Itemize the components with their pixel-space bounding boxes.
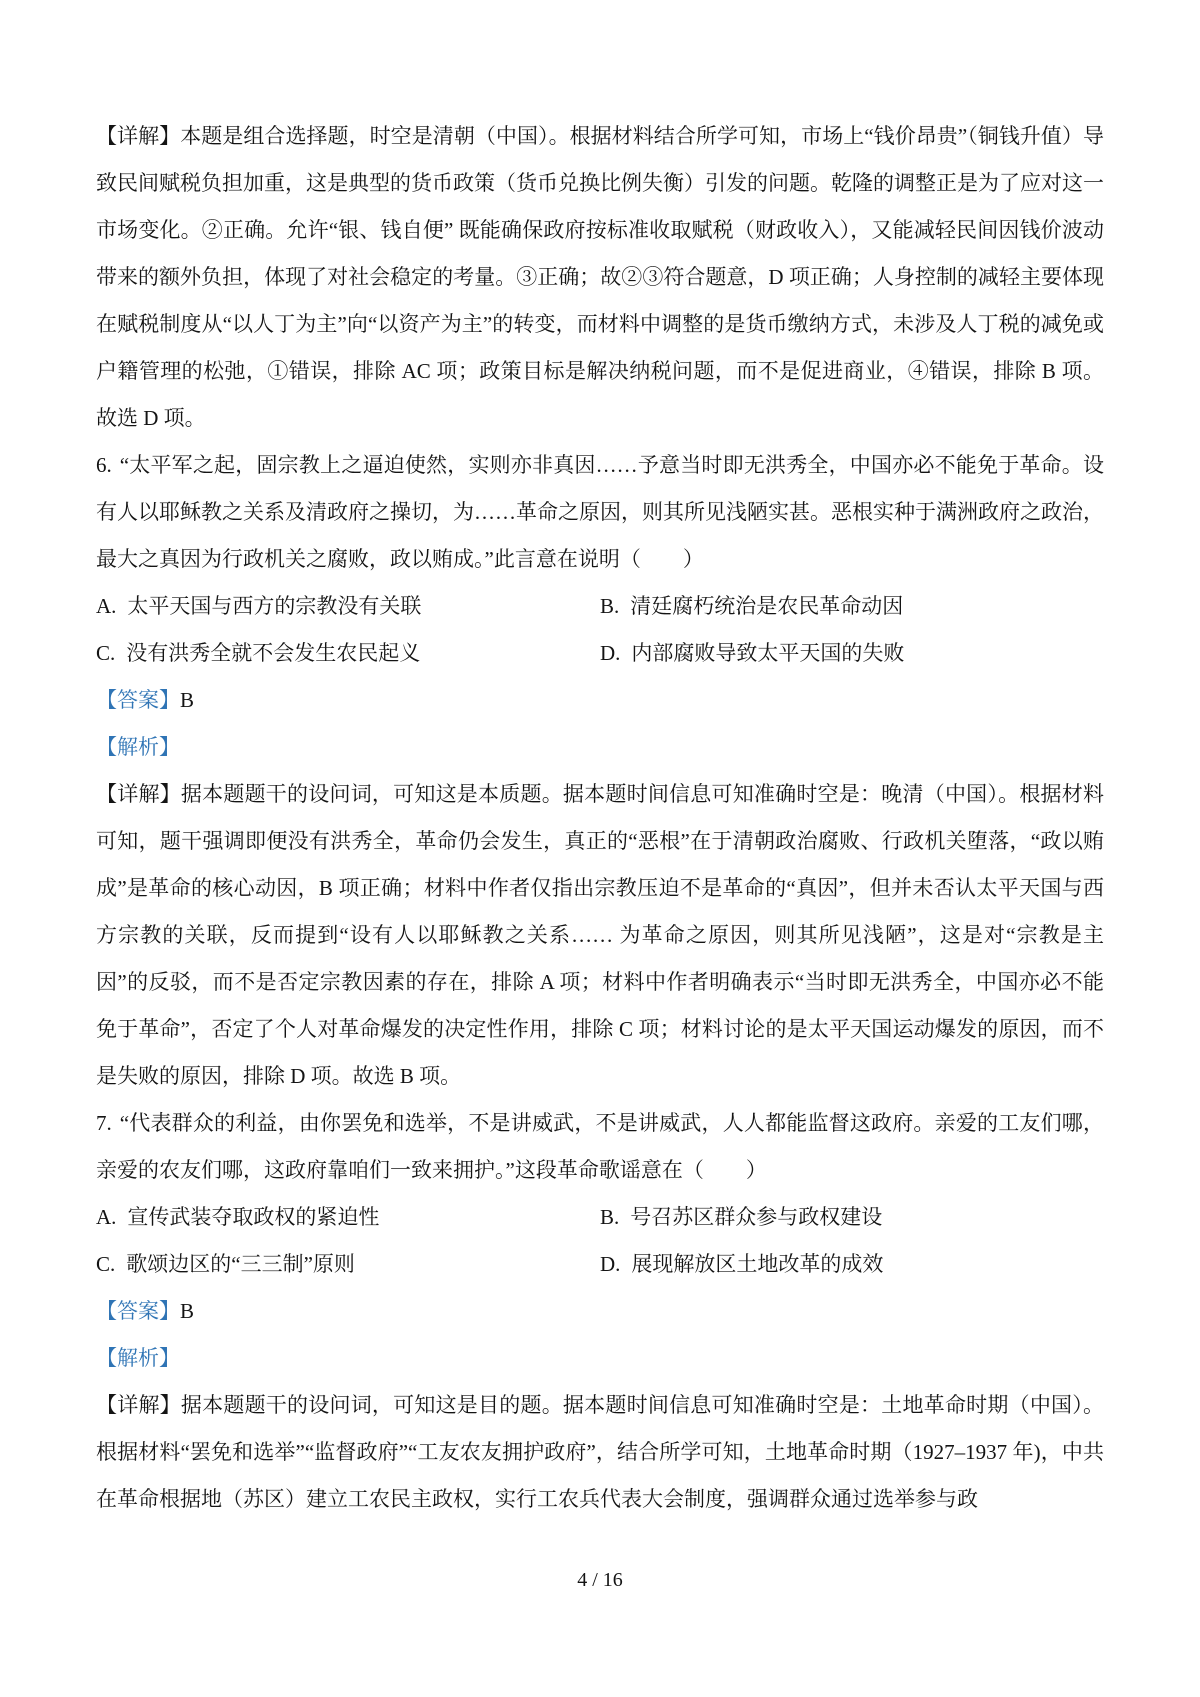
q6-option-c-key: C. [96, 641, 115, 665]
q6-option-c-text: 没有洪秀全就不会发生农民起义 [126, 641, 420, 665]
q7-option-d-key: D. [600, 1252, 620, 1276]
q5-detail-text: 本题是组合选择题，时空是清朝（中国）。根据材料结合所学可知，市场上“钱价昂贵”（… [96, 124, 1104, 430]
q6-answer-value: B [180, 688, 194, 712]
page-content: 【详解】本题是组合选择题，时空是清朝（中国）。根据材料结合所学可知，市场上“钱价… [96, 113, 1104, 1523]
q6-options-row-2: C.没有洪秀全就不会发生农民起义 D.内部腐败导致太平天国的失败 [96, 630, 1104, 677]
q7-option-a-text: 宣传武装夺取政权的紧迫性 [127, 1205, 379, 1229]
q7-option-c-key: C. [96, 1252, 115, 1276]
q6-option-b-key: B. [600, 594, 619, 618]
q5-detail-label: 【详解】 [96, 124, 180, 148]
q6-option-a: A.太平天国与西方的宗教没有关联 [96, 583, 600, 630]
q7-option-a: A.宣传武装夺取政权的紧迫性 [96, 1194, 600, 1241]
q6-detail-text: 据本题题干的设问词，可知这是本质题。据本题时间信息可知准确时空是：晚清（中国）。… [96, 782, 1104, 1088]
q7-detail-label: 【详解】 [96, 1393, 181, 1417]
q6-stem-paragraph: 6.“太平军之起，固宗教上之逼迫使然，实则亦非真因……予意当时即无洪秀全，中国亦… [96, 442, 1104, 583]
q7-stem-text: “代表群众的利益，由你罢免和选举，不是讲威武，不是讲威武，人人都能监督这政府。亲… [96, 1111, 1104, 1182]
q7-option-c: C.歌颂边区的“三三制”原则 [96, 1241, 600, 1288]
q7-number: 7. [96, 1111, 112, 1135]
q7-option-c-text: 歌颂边区的“三三制”原则 [126, 1252, 355, 1276]
q7-option-d: D.展现解放区土地改革的成效 [600, 1241, 883, 1288]
q6-option-a-key: A. [96, 594, 116, 618]
q6-option-b: B.清廷腐朽统治是农民革命动因 [600, 583, 903, 630]
q7-answer-label: 【答案】 [96, 1299, 180, 1323]
q7-analysis-label: 【解析】 [96, 1346, 180, 1370]
q6-option-d-key: D. [600, 641, 620, 665]
q5-detail-paragraph: 【详解】本题是组合选择题，时空是清朝（中国）。根据材料结合所学可知，市场上“钱价… [96, 113, 1104, 442]
q6-detail-paragraph: 【详解】据本题题干的设问词，可知这是本质题。据本题时间信息可知准确时空是：晚清（… [96, 771, 1104, 1100]
document-page: 【详解】本题是组合选择题，时空是清朝（中国）。根据材料结合所学可知，市场上“钱价… [0, 0, 1200, 1697]
q6-stem-text: “太平军之起，固宗教上之逼迫使然，实则亦非真因……予意当时即无洪秀全，中国亦必不… [96, 453, 1104, 571]
q7-options-row-1: A.宣传武装夺取政权的紧迫性 B.号召苏区群众参与政权建设 [96, 1194, 1104, 1241]
q7-answer-value: B [180, 1299, 194, 1323]
q6-options: A.太平天国与西方的宗教没有关联 B.清廷腐朽统治是农民革命动因 C.没有洪秀全… [96, 583, 1104, 677]
page-number: 4 / 16 [0, 1557, 1200, 1604]
q6-answer-label: 【答案】 [96, 688, 180, 712]
q6-number: 6. [96, 453, 112, 477]
q6-analysis-line: 【解析】 [96, 724, 1104, 771]
q7-stem-paragraph: 7.“代表群众的利益，由你罢免和选举，不是讲威武，不是讲威武，人人都能监督这政府… [96, 1100, 1104, 1194]
q7-option-a-key: A. [96, 1205, 116, 1229]
q7-option-b-key: B. [600, 1205, 619, 1229]
q7-option-b-text: 号召苏区群众参与政权建设 [630, 1205, 882, 1229]
q6-option-a-text: 太平天国与西方的宗教没有关联 [127, 594, 421, 618]
q7-detail-paragraph: 【详解】据本题题干的设问词，可知这是目的题。据本题时间信息可知准确时空是：土地革… [96, 1382, 1104, 1523]
q7-answer-line: 【答案】B [96, 1288, 1104, 1335]
q6-option-c: C.没有洪秀全就不会发生农民起义 [96, 630, 600, 677]
q7-options-row-2: C.歌颂边区的“三三制”原则 D.展现解放区土地改革的成效 [96, 1241, 1104, 1288]
q6-detail-label: 【详解】 [96, 782, 181, 806]
q6-options-row-1: A.太平天国与西方的宗教没有关联 B.清廷腐朽统治是农民革命动因 [96, 583, 1104, 630]
q6-analysis-label: 【解析】 [96, 735, 180, 759]
q7-option-b: B.号召苏区群众参与政权建设 [600, 1194, 882, 1241]
q6-answer-line: 【答案】B [96, 677, 1104, 724]
q6-option-b-text: 清廷腐朽统治是农民革命动因 [630, 594, 903, 618]
q7-detail-text: 据本题题干的设问词，可知这是目的题。据本题时间信息可知准确时空是：土地革命时期（… [96, 1393, 1104, 1511]
q6-option-d: D.内部腐败导致太平天国的失败 [600, 630, 904, 677]
q7-option-d-text: 展现解放区土地改革的成效 [631, 1252, 883, 1276]
q6-option-d-text: 内部腐败导致太平天国的失败 [631, 641, 904, 665]
q7-options: A.宣传武装夺取政权的紧迫性 B.号召苏区群众参与政权建设 C.歌颂边区的“三三… [96, 1194, 1104, 1288]
q7-analysis-line: 【解析】 [96, 1335, 1104, 1382]
